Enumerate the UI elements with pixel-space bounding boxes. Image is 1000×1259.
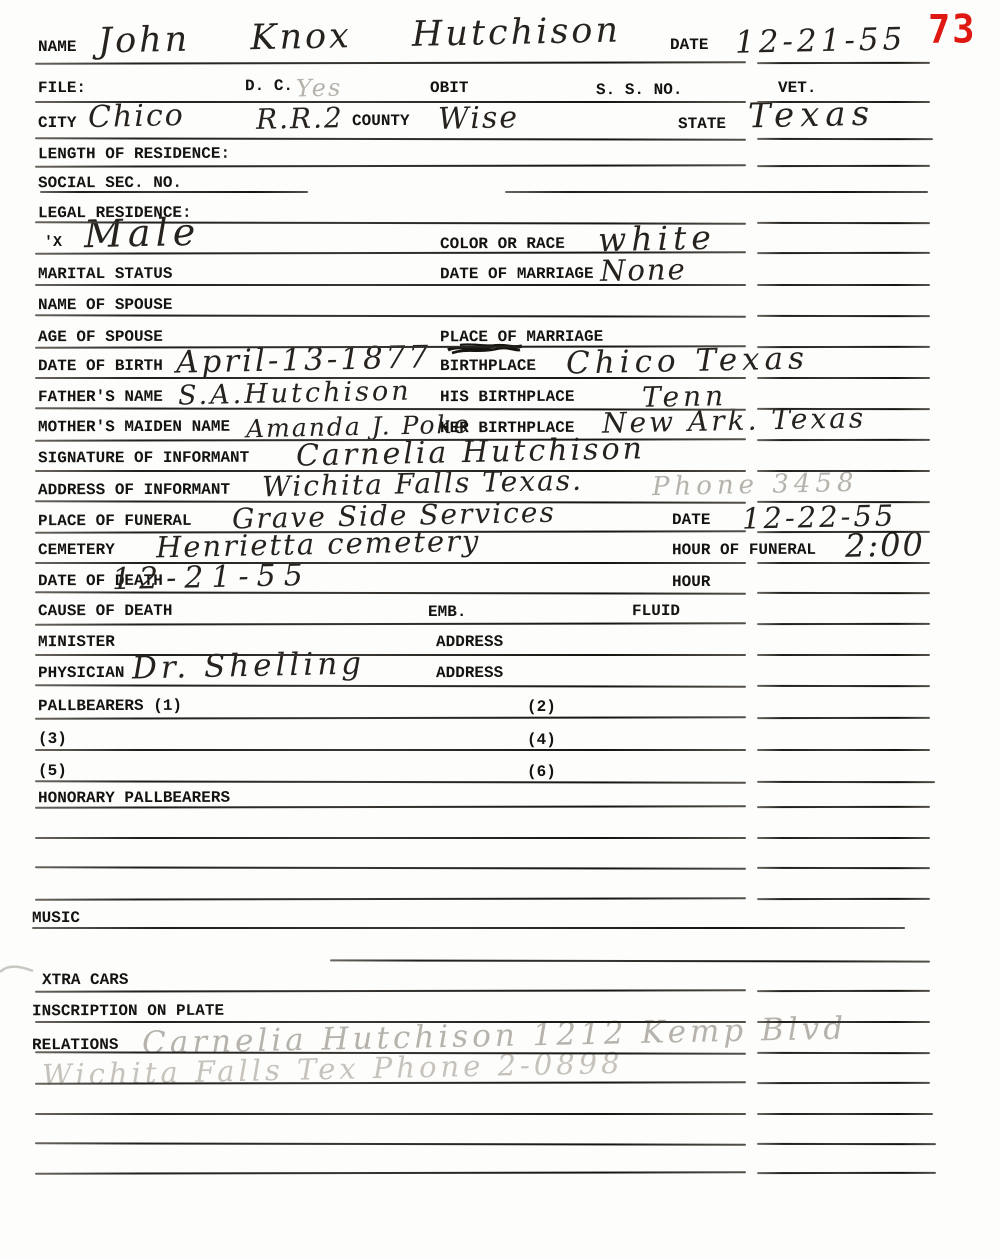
ssno-label: S. S. NO.: [596, 81, 682, 99]
ruled-line: [35, 1142, 746, 1145]
physician-value: Dr. Shelling: [132, 646, 366, 687]
ruled-line: [757, 470, 930, 472]
social-sec-no-label: SOCIAL SEC. NO.: [38, 174, 182, 192]
ruled-line: [757, 315, 930, 317]
ruled-line: [757, 138, 933, 140]
ruled-line: [757, 898, 930, 900]
date-label: DATE: [670, 36, 708, 54]
ruled-line: [757, 562, 930, 564]
ruled-line: [35, 989, 746, 992]
ruled-line: [35, 654, 746, 656]
extra-cars-label: XTRA CARS: [42, 971, 128, 989]
fathers-name-value: S.A.Hutchison: [178, 376, 412, 412]
color-or-race-label: COLOR OR RACE: [440, 235, 565, 253]
sex-label: 'X: [44, 234, 62, 251]
ruled-line: [35, 1171, 746, 1174]
file-label: FILE:: [38, 79, 86, 97]
pallbearers-3-label: (3): [38, 730, 67, 748]
ruled-line: [757, 749, 930, 751]
minister-address-label: ADDRESS: [436, 633, 503, 651]
dc-label: D. C.: [245, 77, 293, 95]
age-of-spouse-label: AGE OF SPOUSE: [38, 328, 163, 346]
scan-artifact-mark: [0, 962, 34, 978]
ruled-line: [330, 959, 930, 962]
dc-value: Yes: [296, 74, 343, 103]
county-value: Wise: [438, 100, 520, 137]
hour-label: HOUR: [672, 573, 710, 591]
signature-of-informant-label: SIGNATURE OF INFORMANT: [38, 449, 249, 468]
ruled-line: [757, 990, 930, 992]
ruled-line: [757, 1052, 930, 1054]
pallbearers-6-label: (6): [527, 763, 556, 781]
ruled-line: [757, 1021, 930, 1023]
fluid-label: FLUID: [632, 602, 680, 620]
page-number: 73: [928, 7, 977, 52]
ruled-line: [35, 284, 746, 286]
fathers-name-label: FATHER'S NAME: [38, 388, 163, 406]
marital-status-label: MARITAL STATUS: [38, 265, 172, 283]
city-value: Chico: [88, 98, 185, 135]
ruled-line: [35, 716, 746, 719]
ruled-line: [35, 377, 746, 379]
ruled-line: [505, 191, 928, 193]
ruled-line: [35, 1113, 746, 1115]
ruled-line: [757, 781, 935, 783]
scribbled-out-text: [446, 341, 524, 356]
pallbearers-2-label: (2): [527, 698, 556, 716]
length-of-residence-label: LENGTH OF RESIDENCE:: [38, 145, 230, 164]
funeral-record-form: 73 NAME John Knox Hutchison DATE 12-21-5…: [0, 0, 1000, 1259]
ruled-line: [35, 780, 746, 783]
ruled-line: [757, 717, 930, 719]
ruled-line: [35, 61, 746, 64]
ruled-line: [35, 866, 746, 869]
ruled-line: [757, 867, 930, 869]
ruled-line: [35, 562, 746, 564]
birthplace-label: BIRTHPLACE: [440, 357, 536, 375]
state-label: STATE: [678, 115, 726, 133]
ruled-line: [32, 927, 905, 929]
ruled-line: [757, 1082, 930, 1084]
honorary-pallbearers-label: HONORARY PALLBEARERS: [38, 789, 230, 808]
ruled-line: [757, 1172, 936, 1174]
ruled-line: [35, 897, 746, 900]
inscription-on-plate-label: INSCRIPTION ON PLATE: [32, 1002, 224, 1021]
cemetery-value: Henrietta cemetery: [156, 524, 481, 565]
address-of-informant-phone-note: Phone 3458: [652, 468, 859, 502]
ruled-line: [35, 805, 746, 808]
date-of-marriage-label: DATE OF MARRIAGE: [440, 265, 594, 283]
ruled-line: [35, 837, 746, 839]
pallbearers-4-label: (4): [527, 731, 556, 749]
ruled-line: [757, 346, 930, 348]
minister-label: MINISTER: [38, 633, 115, 651]
city-rr-value: R.R.2: [256, 101, 344, 136]
pallbearers-1-label: PALLBEARERS (1): [38, 697, 182, 715]
ruled-line: [40, 191, 308, 193]
ruled-line: [35, 164, 746, 167]
mothers-maiden-name-label: MOTHER'S MAIDEN NAME: [38, 418, 230, 437]
ruled-line: [35, 1021, 746, 1023]
physician-label: PHYSICIAN: [38, 664, 124, 682]
ruled-line: [757, 685, 930, 687]
ruled-line: [35, 314, 746, 317]
emb-label: EMB.: [428, 603, 466, 621]
ruled-line: [757, 623, 930, 625]
date-of-birth-label: DATE OF BIRTH: [38, 357, 163, 375]
city-label: CITY: [38, 114, 76, 132]
physician-address-label: ADDRESS: [436, 664, 503, 682]
ruled-line: [757, 252, 930, 254]
hour-of-funeral-label: HOUR OF FUNERAL: [672, 541, 816, 559]
ruled-line: [35, 749, 746, 751]
ruled-line: [757, 837, 930, 839]
ruled-line: [757, 62, 930, 64]
ruled-line: [757, 501, 930, 503]
name-label: NAME: [38, 38, 76, 56]
address-of-informant-label: ADDRESS OF INFORMANT: [38, 481, 230, 500]
sex-value: Male: [84, 210, 201, 256]
his-birthplace-label: HIS BIRTHPLACE: [440, 388, 574, 406]
ruled-line: [35, 470, 746, 472]
ruled-line: [757, 1113, 933, 1115]
ruled-line: [35, 137, 746, 140]
ruled-line: [757, 654, 930, 656]
obit-label: OBIT: [430, 79, 468, 97]
ruled-line: [757, 1143, 936, 1145]
music-label: MUSIC: [32, 909, 80, 927]
ruled-line: [35, 622, 746, 625]
name-of-spouse-label: NAME OF SPOUSE: [38, 296, 172, 314]
ruled-line: [757, 101, 930, 103]
funeral-date-label: DATE: [672, 511, 710, 529]
county-label: COUNTY: [352, 112, 410, 130]
ruled-line: [757, 222, 930, 224]
ruled-line: [757, 592, 930, 594]
ruled-line: [757, 284, 930, 286]
place-of-funeral-label: PLACE OF FUNERAL: [38, 512, 192, 530]
ruled-line: [35, 101, 746, 103]
ruled-line: [757, 165, 930, 167]
ruled-line: [757, 806, 930, 808]
ruled-line: [35, 684, 746, 687]
ruled-line: [757, 439, 930, 441]
ruled-line: [757, 531, 930, 533]
cemetery-label: CEMETERY: [38, 541, 115, 559]
cause-of-death-label: CAUSE OF DEATH: [38, 602, 172, 620]
name-value: John Knox Hutchison: [98, 11, 622, 62]
date-of-marriage-value: None: [600, 252, 687, 288]
ruled-line: [757, 408, 930, 410]
date-value: 12-21-55: [735, 21, 907, 61]
ruled-line: [35, 407, 746, 410]
ruled-line: [757, 377, 930, 379]
pallbearers-5-label: (5): [38, 762, 67, 780]
